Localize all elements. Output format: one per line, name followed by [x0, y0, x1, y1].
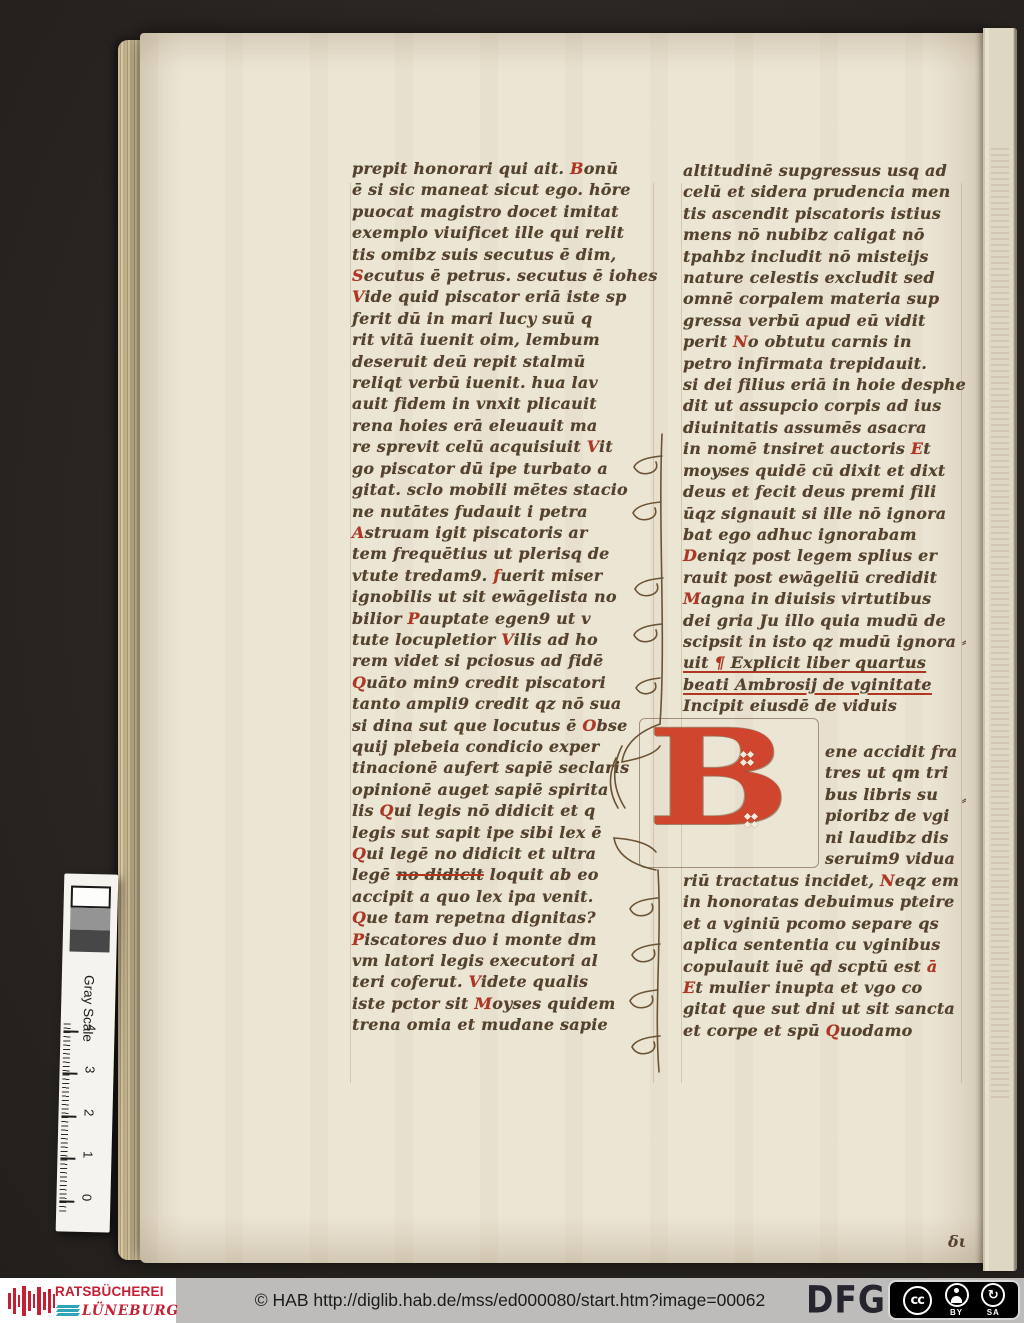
manuscript-line: tis ascendit piscatoris istius: [683, 203, 961, 224]
manuscript-line: omnē corpalem materia sup: [683, 288, 961, 309]
cc-sa-item: ↻ SA: [981, 1283, 1005, 1317]
manuscript-line: rauit post ewāgeliū credidit: [683, 567, 961, 588]
manuscript-line: altitudinē supgressus usq ad: [683, 160, 961, 181]
next-page-edge: [983, 28, 1017, 1271]
manuscript-line: scipsit in isto qz mudū ignora: [683, 631, 961, 652]
manuscript-line: copulauit iuē qd scptū est ā: [683, 956, 961, 977]
ruler-number: 0: [80, 1194, 94, 1208]
manuscript-line: in nomē tnsiret auctoris Et: [683, 438, 961, 459]
manuscript-line: ē si sic maneat sicut ego. hōre: [352, 179, 652, 200]
cc-by-label: BY: [950, 1308, 963, 1317]
manuscript-line: exemplo viuificet ille qui relit: [352, 222, 652, 243]
scan-stage: prepit honorari qui ait. Bonūē si sic ma…: [0, 0, 1024, 1323]
manuscript-line: prepit honorari qui ait. Bonū: [352, 158, 652, 179]
ruler-major-tick: [60, 1157, 75, 1159]
manuscript-line: Deniqz post legem splius er: [683, 545, 961, 566]
cc-license-badge: cc BY ↻ SA: [888, 1280, 1020, 1320]
manuscript-line: bat ego adhuc ignorabam: [683, 524, 961, 545]
manuscript-line: perit No obtutu carnis in: [683, 331, 961, 352]
text-column-right-lower: riū tractatus incidet, Neqz emin honorat…: [683, 870, 961, 1041]
manuscript-line: gressa verbū apud eū vidit: [683, 310, 961, 331]
cc-sa-label: SA: [987, 1308, 1000, 1317]
manuscript-line: aplica sententia cu vginibus: [683, 934, 961, 955]
gray-patch-white: [71, 886, 112, 909]
manuscript-line: deus et fecit deus premi fili: [683, 481, 961, 502]
ratsbuecherei-bars-icon: [8, 1283, 55, 1318]
ruler-major-tick: [62, 1072, 77, 1074]
manuscript-line: si dei filius eriā in hoie desphe: [683, 374, 961, 395]
manuscript-line: ni laudibz dis: [825, 827, 961, 848]
manuscript-line: tpahbz includit nō misteijs: [683, 246, 961, 267]
quire-signature: δι: [948, 1232, 966, 1251]
manuscript-line: mens nō nubibz caligat nō: [683, 224, 961, 245]
next-page-ghost-text: [991, 148, 1009, 1098]
ratsbuecherei-wordmark: RATSBÜCHEREI: [55, 1284, 164, 1299]
gray-patch-dark: [69, 930, 110, 953]
manuscript-line: diuinitatis assumēs asacra: [683, 417, 961, 438]
manuscript-line: dit ut assupcio corpis ad ius: [683, 395, 961, 416]
manuscript-line: pioribz de vgi: [825, 805, 961, 826]
initial-letter: B: [647, 708, 790, 850]
ruler-number: 3: [83, 1066, 97, 1080]
dfg-logo: DFG: [806, 1278, 886, 1322]
manuscript-line: celū et sidera prudencia men: [683, 181, 961, 202]
manuscript-line: gitat que sut dni ut sit sancta: [683, 998, 961, 1019]
ruler-number: 1: [81, 1151, 95, 1165]
manuscript-line: tis omibz suis secutus ē dim,: [352, 244, 652, 265]
footer-bar: RATSBÜCHEREI LÜNEBURG © HAB http://digli…: [0, 1278, 1024, 1323]
manuscript-line: dei gria Ju illo quia mudū de: [683, 610, 961, 631]
manuscript-line: nature celestis excludit sed: [683, 267, 961, 288]
manuscript-line: Vide quid piscator eriā iste sp: [352, 286, 652, 307]
open-book-icon: [57, 1305, 79, 1319]
manuscript-line: Et mulier inupta et vgo co: [683, 977, 961, 998]
manuscript-line: ferit dū in mari lucy suū q: [352, 308, 652, 329]
manuscript-line: riū tractatus incidet, Neqz em: [683, 870, 961, 891]
manuscript-line: et a vginiū pcomo separe qs: [683, 913, 961, 934]
manuscript-line: uit ¶ Explicit liber quartus: [683, 652, 961, 673]
manuscript-line: ūqz signauit si ille nō ignora: [683, 503, 961, 524]
manuscript-line: petro infirmata trepidauit.: [683, 353, 961, 374]
manuscript-line: puocat magistro docet imitat: [352, 201, 652, 222]
lueneburg-wordmark: LÜNEBURG: [82, 1303, 179, 1319]
ratsbuecherei-logo: RATSBÜCHEREI LÜNEBURG: [0, 1278, 176, 1323]
cc-logo-icon: cc: [903, 1286, 932, 1315]
text-column-right-upper: altitudinē supgressus usq adcelū et side…: [683, 160, 961, 717]
ruler-major-tick: [59, 1200, 74, 1202]
ruler-major-tick: [63, 1030, 78, 1032]
manuscript-line: tres ut qm tri: [825, 762, 961, 783]
manuscript-line: Secutus ē petrus. secutus ē iohes: [352, 265, 652, 286]
margin-mark: ⸗: [962, 792, 966, 808]
attribution-text: © HAB http://diglib.hab.de/mss/ed000080/…: [200, 1290, 820, 1311]
initial-ornament: [745, 814, 759, 828]
manuscript-line: moyses quidē cū dixit et dixt: [683, 460, 961, 481]
ruler-major-tick: [61, 1115, 76, 1117]
manuscript-line: in honoratas debuimus pteire: [683, 891, 961, 912]
ruling-line: [350, 183, 351, 1083]
manuscript-line: auit fidem in vnxit plicauit: [352, 393, 652, 414]
manuscript-line: rit vitā iuenit oim, lembum: [352, 329, 652, 350]
illuminated-initial-B: B: [645, 722, 817, 864]
manuscript-line: bus libris su: [825, 784, 961, 805]
manuscript-line: ene accidit fra: [825, 741, 961, 762]
manuscript-line: seruim9 vidua: [825, 848, 961, 869]
manuscript-line: deseruit deū repit stalmū: [352, 351, 652, 372]
gray-scale-ruler: Gray Scale 4 3 2 1 0: [56, 873, 119, 1232]
gray-patch-mid: [70, 908, 111, 931]
margin-mark: ⸗: [962, 634, 966, 650]
manuscript-line: Magna in diuisis virtutibus: [683, 588, 961, 609]
ruler-number: 4: [84, 1024, 98, 1038]
manuscript-line: et corpe et spū Quodamo: [683, 1020, 961, 1041]
cc-sa-arrow-icon: ↻: [981, 1283, 1005, 1307]
manuscript-line: reliqt verbū iuenit. hua lav: [352, 372, 652, 393]
cc-by-item: BY: [945, 1283, 969, 1317]
ruler-number: 2: [82, 1109, 96, 1123]
ruling-line: [961, 183, 962, 1083]
manuscript-line: beati Ambrosij de vginitate: [683, 674, 961, 695]
initial-ornament: [741, 752, 755, 766]
cc-by-person-icon: [945, 1283, 969, 1307]
